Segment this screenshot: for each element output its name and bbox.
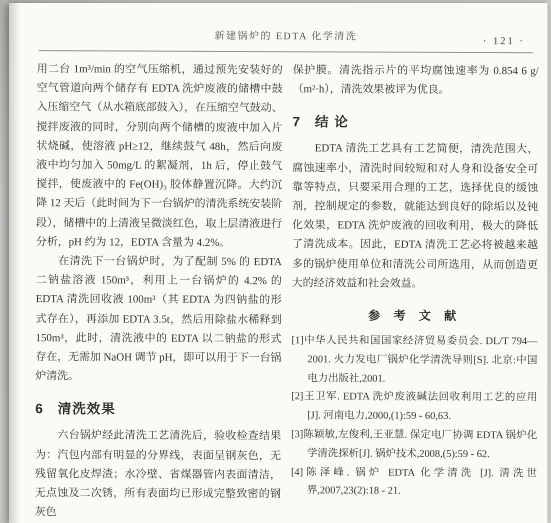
page-number: · 121 · <box>483 36 525 47</box>
paragraph-continuation: 用二台 1m³/min 的空气压缩机，通过预先安装好的空气管道向两个储存有 ED… <box>36 60 283 253</box>
section-title: 结 论 <box>315 115 349 130</box>
paragraph-conclusion: EDTA 清洗工艺具有工艺简便，清洗范围大，腐蚀速率小，清洗时间较短和对人身和设… <box>292 140 539 295</box>
references-heading: 参 考 文 献 <box>292 306 538 324</box>
section-title: 清洗效果 <box>58 402 116 417</box>
section-heading-7: 7结 论 <box>292 111 538 132</box>
left-column: 用二台 1m³/min 的空气压缩机，通过预先安装好的空气管道向两个储存有 ED… <box>35 60 283 523</box>
journal-page: 新建锅炉的 EDTA 化学清洗 · 121 · 用二台 1m³/min 的空气压… <box>9 3 548 523</box>
section-number: 6 <box>35 402 44 417</box>
reference-label: [2] <box>291 392 303 403</box>
reference-item: [1]中华人民共和国国家经济贸易委员会. DL/T 794—2001. 火力发电… <box>291 332 537 389</box>
section-heading-6: 6清洗效果 <box>35 398 281 419</box>
paragraph-reuse: 在清洗下一台锅炉时，为了配制 5% 的 EDTA 二钠盐溶液 150m³，利用上… <box>35 252 282 387</box>
reference-text: 陈泽峰. 锅炉 EDTA 化学清洗 [J]. 清洗世界,2007,23(2):1… <box>303 467 537 497</box>
reference-text: 王卫军. EDTA 洗炉废液碱法回收利用工艺的应用 [J]. 河南电力,2000… <box>303 392 537 422</box>
paragraph-continuation: 保护膜。清洗指示片的平均腐蚀速率为 0.854 6 g/（m²·h），清洗效果被… <box>293 61 539 100</box>
two-column-body: 用二台 1m³/min 的空气压缩机，通过预先安装好的空气管道向两个储存有 ED… <box>35 60 539 523</box>
paragraph-effect: 六台锅炉经此清洗工艺清洗后，验收检查结果为：汽包内部有明显的分界线，表面呈钢灰色… <box>35 427 281 523</box>
reference-label: [4] <box>291 467 303 478</box>
reference-item: [3]陈颖敏,左俊利,王亚慧. 保定电厂协调 EDTA 锅炉化学清洗探析[J].… <box>291 426 537 465</box>
page-header: 新建锅炉的 EDTA 化学清洗 · 121 · <box>39 23 533 53</box>
reference-text: 中华人民共和国国家经济贸易委员会. DL/T 794—2001. 火力发电厂锅炉… <box>304 335 538 384</box>
page-inner: 新建锅炉的 EDTA 化学清洗 · 121 · 用二台 1m³/min 的空气压… <box>7 3 547 523</box>
reference-label: [3] <box>291 429 303 440</box>
running-title: 新建锅炉的 EDTA 化学清洗 <box>39 26 533 43</box>
reference-text: 陈颖敏,左俊利,王亚慧. 保定电厂协调 EDTA 锅炉化学清洗探析[J]. 锅炉… <box>303 429 537 460</box>
section-number: 7 <box>292 115 301 130</box>
reference-item: [4]陈泽峰. 锅炉 EDTA 化学清洗 [J]. 清洗世界,2007,23(2… <box>291 464 537 503</box>
reference-item: [2]王卫军. EDTA 洗炉废液碱法回收利用工艺的应用 [J]. 河南电力,2… <box>291 389 537 428</box>
right-column: 保护膜。清洗指示片的平均腐蚀速率为 0.854 6 g/（m²·h），清洗效果被… <box>291 61 539 523</box>
reference-label: [1] <box>292 335 304 346</box>
